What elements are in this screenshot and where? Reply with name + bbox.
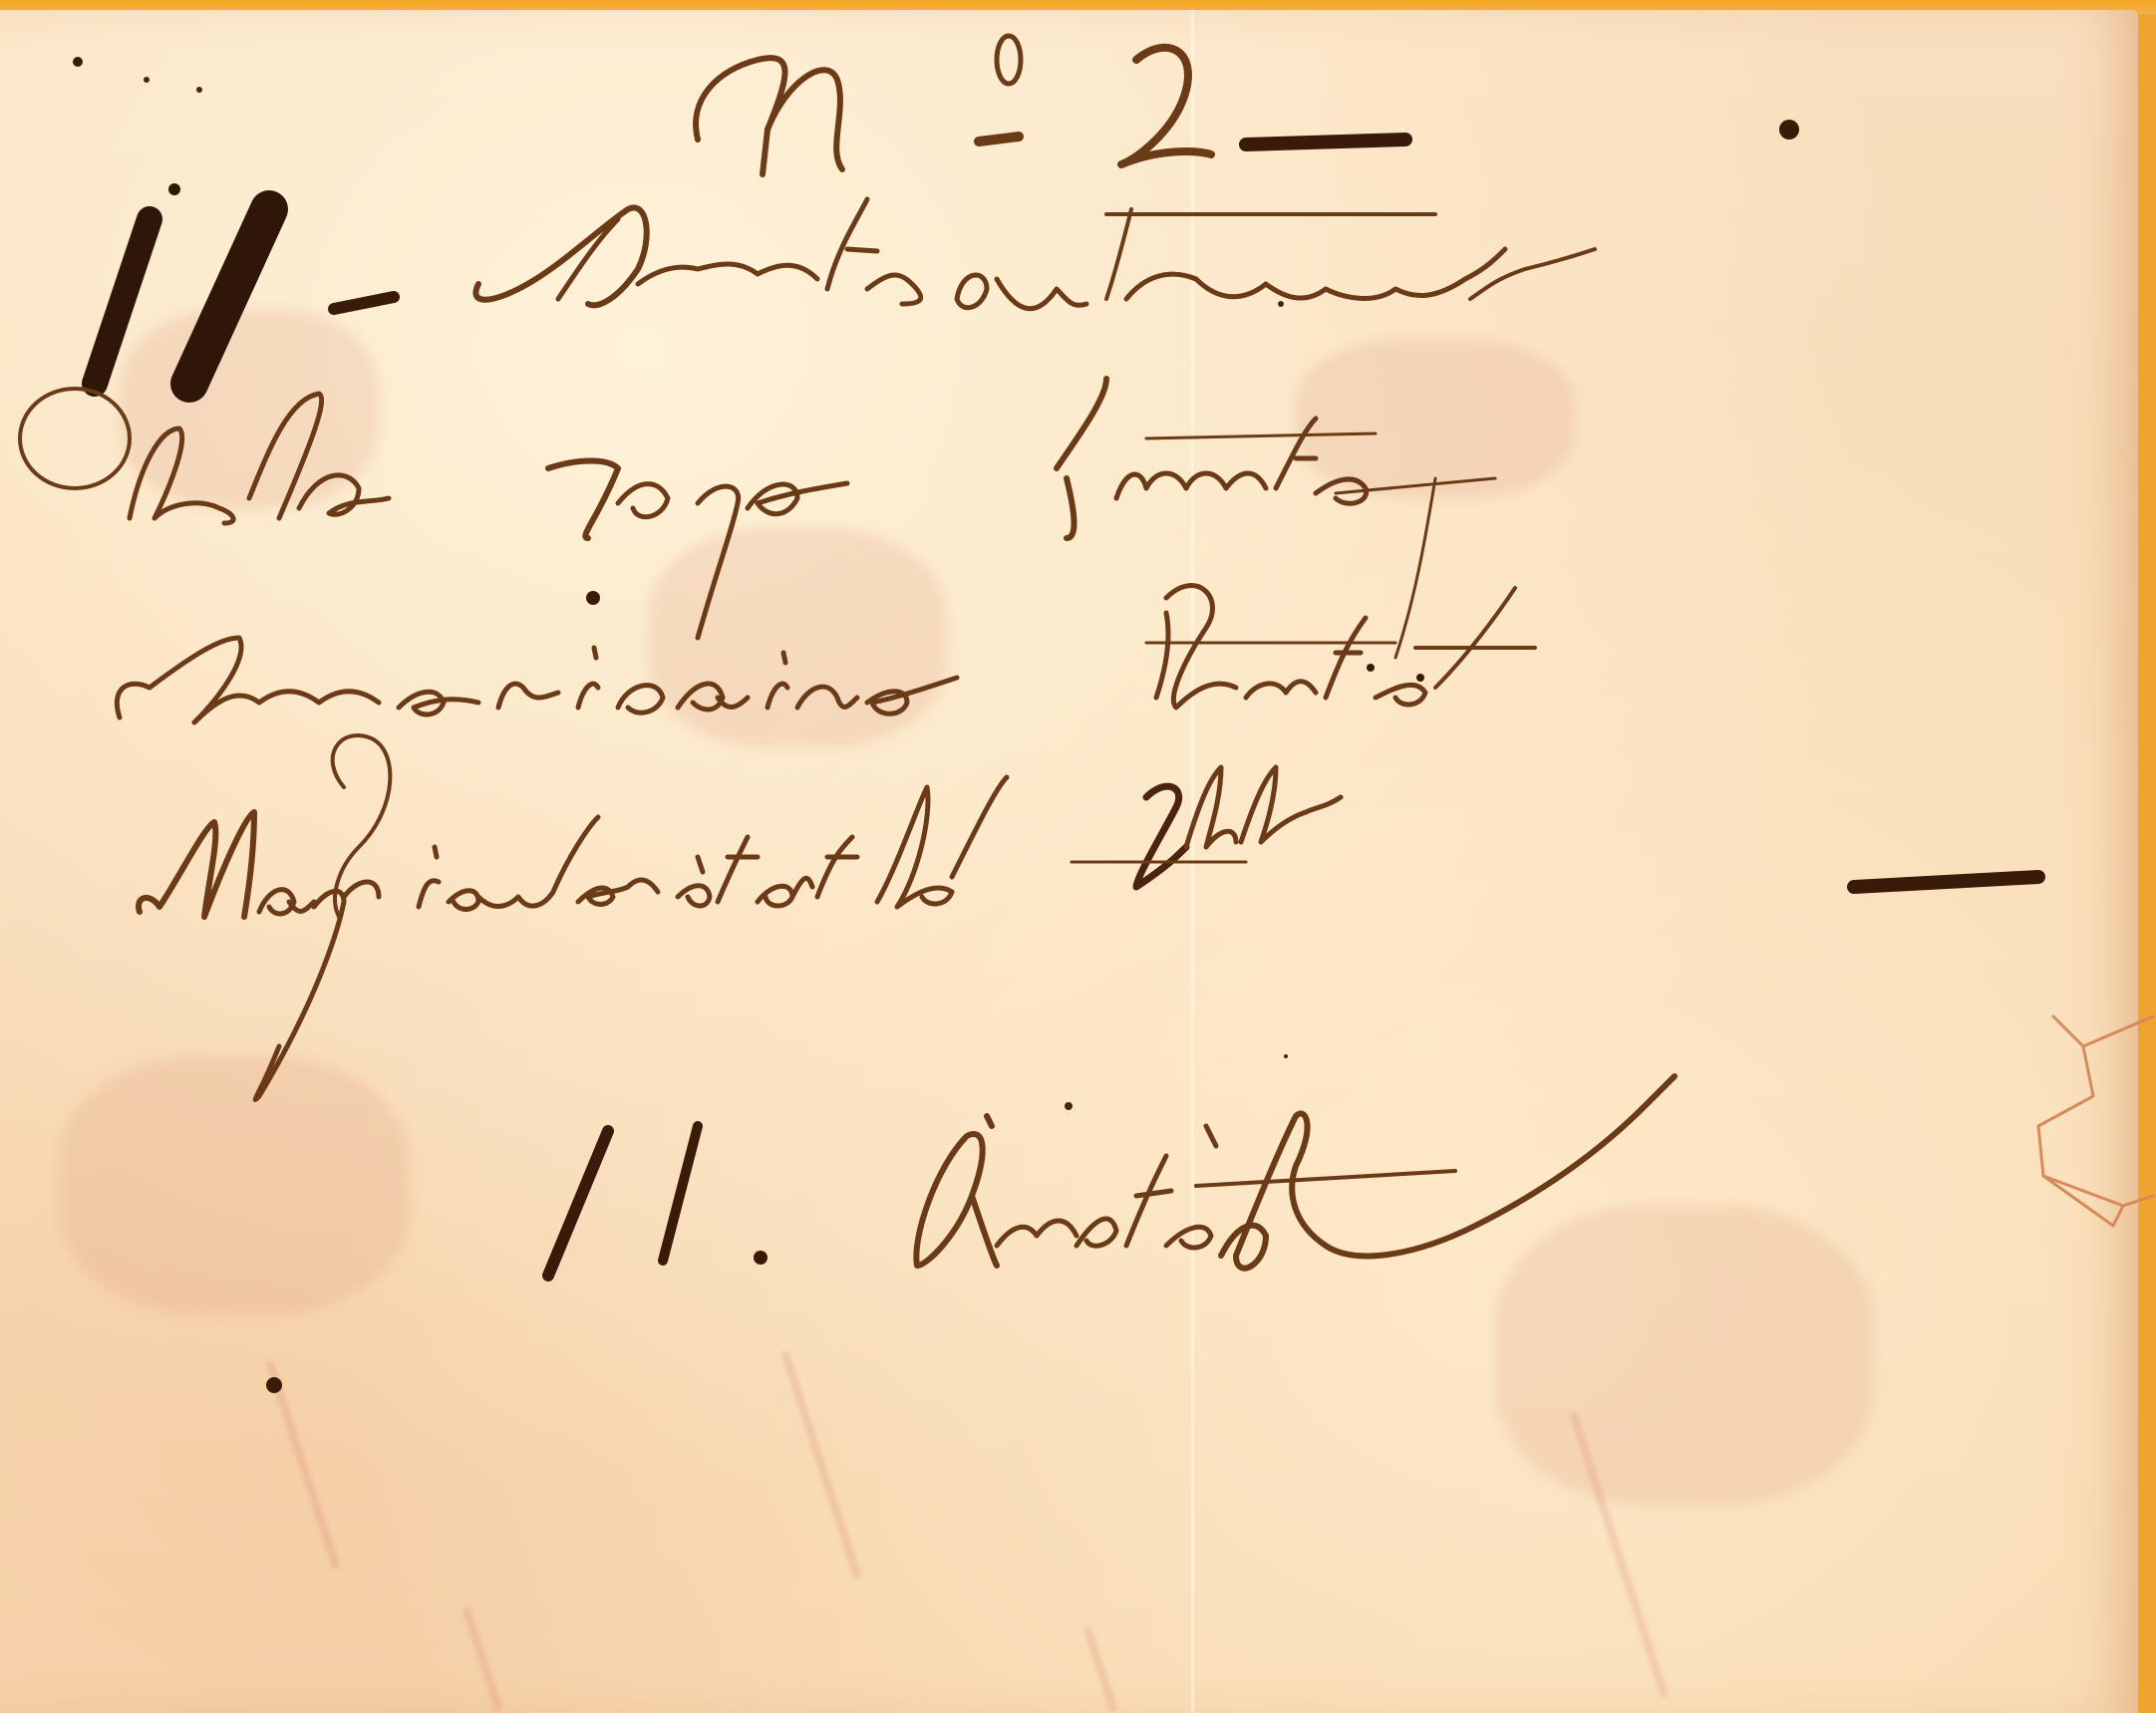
handwriting-layer	[0, 0, 2156, 1713]
line-11-arretes	[548, 1076, 1675, 1276]
line-marjdieu-en-etoit-le-vble	[139, 735, 2038, 1099]
line-de-la-loge-lunite	[20, 379, 1495, 658]
line-arretes-ou-travaux	[334, 199, 1595, 309]
paper-damage-outline	[2038, 1016, 2153, 1226]
document-scan: N.º 2 — 11 — Arrêtés ou travaux de la Lo…	[0, 0, 2156, 1713]
heading-number	[696, 36, 1799, 174]
line-americaine-dont-le-f	[117, 586, 1535, 722]
margin-number-11	[95, 183, 269, 384]
